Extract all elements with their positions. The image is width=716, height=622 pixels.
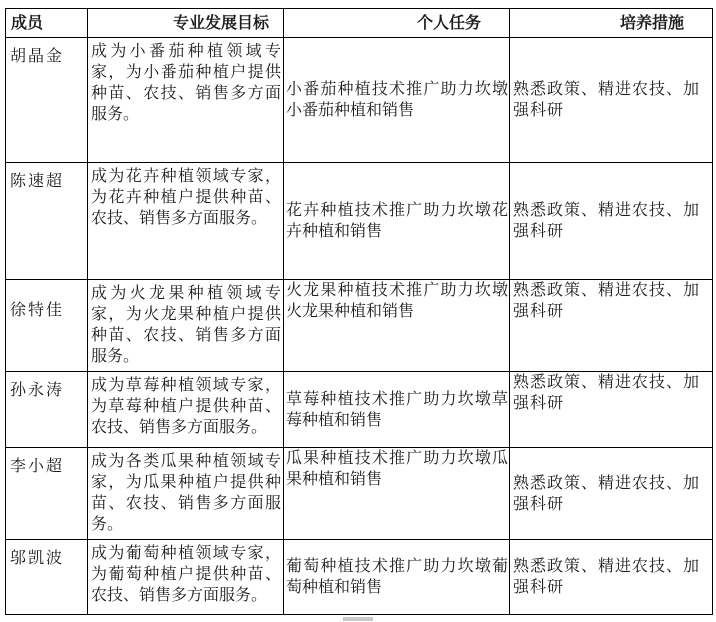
member-name-cell: 陈速超 xyxy=(6,163,88,280)
table-resize-handle[interactable] xyxy=(343,617,373,621)
member-name-cell: 徐特佳 xyxy=(6,280,88,372)
document-page: 成员 专业发展目标 个人任务 培养措施 胡晶金 成为小番茄种植领域专家，为小番茄… xyxy=(0,0,716,622)
member-name-cell: 胡晶金 xyxy=(6,38,88,163)
development-goal-cell: 成为草莓种植领域专家，为草莓种植户提供种苗、农技、销售多方面服务。 xyxy=(88,372,284,448)
development-plan-table: 成员 专业发展目标 个人任务 培养措施 胡晶金 成为小番茄种植领域专家，为小番茄… xyxy=(5,8,713,615)
table-row: 李小超 成为各类瓜果种植领域专家，为瓜果种植户提供种苗、农技、销售多方面服务。 … xyxy=(6,448,713,540)
table-header-row: 成员 专业发展目标 个人任务 培养措施 xyxy=(6,9,713,38)
training-measure-cell: 熟悉政策、精进农技、加强科研 xyxy=(510,448,713,540)
personal-task-cell: 瓜果种植技术推广助力坎墩瓜果种植和销售 xyxy=(284,448,510,540)
col-header-personal-task: 个人任务 xyxy=(284,9,510,38)
personal-task-cell: 葡萄种植技术推广助力坎墩葡萄种植和销售 xyxy=(284,540,510,615)
table-row: 邬凯波 成为葡萄种植领域专家，为葡萄种植户提供种苗、农技、销售多方面服务。 葡萄… xyxy=(6,540,713,615)
personal-task-cell: 小番茄种植技术推广助力坎墩小番茄种植和销售 xyxy=(284,38,510,163)
col-header-member: 成员 xyxy=(6,9,88,38)
col-header-development-goal: 专业发展目标 xyxy=(88,9,284,38)
table-row: 徐特佳 成为火龙果种植领域专家，为火龙果种植户提供种苗、农技、销售多方面服务。 … xyxy=(6,280,713,372)
development-goal-cell: 成为花卉种植领域专家，为花卉种植户提供种苗、农技、销售多方面服务。 xyxy=(88,163,284,280)
development-goal-cell: 成为葡萄种植领域专家，为葡萄种植户提供种苗、农技、销售多方面服务。 xyxy=(88,540,284,615)
training-measure-cell: 熟悉政策、精进农技、加强科研 xyxy=(510,38,713,163)
personal-task-cell: 草莓种植技术推广助力坎墩草莓种植和销售 xyxy=(284,372,510,448)
member-name-cell: 李小超 xyxy=(6,448,88,540)
training-measure-cell: 熟悉政策、精进农技、加强科研 xyxy=(510,280,713,372)
development-goal-cell: 成为小番茄种植领域专家，为小番茄种植户提供种苗、农技、销售多方面服务。 xyxy=(88,38,284,163)
personal-task-cell: 火龙果种植技术推广助力坎墩火龙果种植和销售 xyxy=(284,280,510,372)
col-header-training-measure: 培养措施 xyxy=(510,9,713,38)
training-measure-cell: 熟悉政策、精进农技、加强科研 xyxy=(510,372,713,448)
training-measure-cell: 熟悉政策、精进农技、加强科研 xyxy=(510,540,713,615)
development-goal-cell: 成为火龙果种植领域专家，为火龙果种植户提供种苗、农技、销售多方面服务。 xyxy=(88,280,284,372)
personal-task-cell: 花卉种植技术推广助力坎墩花卉种植和销售 xyxy=(284,163,510,280)
table-row: 胡晶金 成为小番茄种植领域专家，为小番茄种植户提供种苗、农技、销售多方面服务。 … xyxy=(6,38,713,163)
member-name-cell: 孙永涛 xyxy=(6,372,88,448)
member-name-cell: 邬凯波 xyxy=(6,540,88,615)
development-goal-cell: 成为各类瓜果种植领域专家，为瓜果种植户提供种苗、农技、销售多方面服务。 xyxy=(88,448,284,540)
table-row: 陈速超 成为花卉种植领域专家，为花卉种植户提供种苗、农技、销售多方面服务。 花卉… xyxy=(6,163,713,280)
training-measure-cell: 熟悉政策、精进农技、加强科研 xyxy=(510,163,713,280)
table-row: 孙永涛 成为草莓种植领域专家，为草莓种植户提供种苗、农技、销售多方面服务。 草莓… xyxy=(6,372,713,448)
